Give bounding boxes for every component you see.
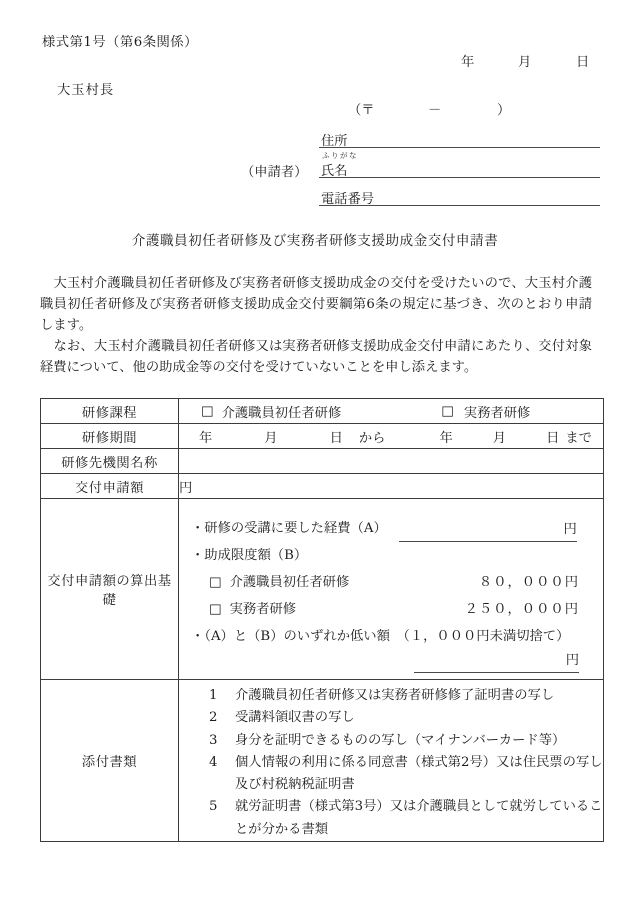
period-to-month: 月 bbox=[493, 427, 506, 446]
expense-line-label: ・研修の受講に要した経費（A） bbox=[191, 515, 387, 542]
option-practical-training: 実務者研修 bbox=[464, 402, 530, 421]
attachment-item: 4 個人情報の利用に係る同意書（様式第2号）又は住民票の写し及び村税納税証明書 bbox=[209, 752, 603, 797]
attachment-number: 2 bbox=[209, 707, 235, 729]
institution-input-cell[interactable] bbox=[179, 449, 604, 474]
result-input-line[interactable]: 円 bbox=[414, 650, 579, 673]
attachment-number: 1 bbox=[209, 685, 235, 707]
date-month-label: 月 bbox=[518, 51, 531, 70]
option-initial-training: 介護職員初任者研修 bbox=[222, 402, 342, 421]
phone-label: 電話番号 bbox=[319, 192, 374, 207]
checkbox-initial-training[interactable]: □ bbox=[201, 404, 214, 419]
attachment-text: 受講料領収書の写し bbox=[235, 707, 603, 729]
institution-row-label: 研修先機関名称 bbox=[41, 449, 179, 474]
form-page: 様式第1号（第6条関係） 年 月 日 大玉村長 （〒 － ） 住所 ふりがな （… bbox=[0, 0, 630, 903]
applicant-group-label: （申請者） bbox=[241, 161, 307, 180]
name-input-line[interactable]: 氏名 bbox=[319, 160, 600, 178]
postal-code-open: （〒 bbox=[348, 99, 375, 118]
table-row-calculation: 交付申請額の算出基礎 ・研修の受講に要した経費（A） 円 ・助成限度額（B） □… bbox=[41, 499, 604, 680]
checkbox-practical-training[interactable]: □ bbox=[441, 404, 454, 419]
table-row-institution: 研修先機関名称 bbox=[41, 449, 604, 474]
attachment-text: 身分を証明できるものの写し（マイナンバーカード等） bbox=[235, 730, 603, 752]
postal-code-close: ） bbox=[497, 99, 510, 118]
table-row-period: 研修期間 年 月 日 から 年 月 日 まで bbox=[41, 424, 604, 449]
result-unit: 円 bbox=[566, 653, 579, 668]
period-from-month: 月 bbox=[264, 427, 277, 446]
calc-row-label: 交付申請額の算出基礎 bbox=[41, 499, 179, 680]
period-to-suffix: まで bbox=[565, 427, 592, 446]
table-row-amount: 交付申請額 円 bbox=[41, 474, 604, 499]
attachment-number: 5 bbox=[209, 796, 235, 841]
period-to-year: 年 bbox=[439, 427, 452, 446]
checkbox-limit-practical[interactable]: □ bbox=[209, 596, 222, 623]
limit-initial-amount: ８０，０００円 bbox=[479, 569, 603, 596]
attachment-item: 5 就労証明書（様式第3号）又は介護職員として就労していることが分かる書類 bbox=[209, 796, 603, 841]
postal-code-dash: － bbox=[428, 99, 441, 118]
document-title: 介護職員初任者研修及び実務者研修支援助成金交付申請書 bbox=[0, 229, 630, 249]
body-text: 大玉村介護職員初任者研修及び実務者研修支援助成金の交付を受けたいので、大玉村介護… bbox=[40, 273, 592, 378]
date-year-label: 年 bbox=[461, 51, 474, 70]
attachment-number: 4 bbox=[209, 752, 235, 797]
limit-initial-label: 介護職員初任者研修 bbox=[230, 569, 350, 596]
expense-input-line[interactable]: 円 bbox=[399, 519, 577, 542]
period-from-year: 年 bbox=[199, 427, 212, 446]
form-number: 様式第1号（第6条関係） bbox=[42, 31, 198, 50]
amount-unit: 円 bbox=[179, 481, 192, 496]
table-row-course: 研修課程 □ 介護職員初任者研修 □ 実務者研修 bbox=[41, 399, 604, 424]
attachment-text: 介護職員初任者研修又は実務者研修修了証明書の写し bbox=[235, 685, 603, 707]
paragraph-1: 大玉村介護職員初任者研修及び実務者研修支援助成金の交付を受けたいので、大玉村介護… bbox=[40, 273, 592, 336]
paragraph-2: なお、大玉村介護職員初任者研修又は実務者研修支援助成金交付申請にあたり、交付対象… bbox=[40, 336, 592, 378]
phone-input-line[interactable]: 電話番号 bbox=[319, 188, 600, 206]
name-label: 氏名 bbox=[319, 164, 348, 179]
addressee: 大玉村長 bbox=[57, 79, 114, 98]
address-label: 住所 bbox=[319, 134, 348, 149]
attachment-number: 3 bbox=[209, 730, 235, 752]
amount-row-label: 交付申請額 bbox=[41, 474, 179, 499]
attachments-row-label: 添付書類 bbox=[41, 680, 179, 842]
limit-line-label: ・助成限度額（B） bbox=[191, 542, 307, 569]
attachment-text: 個人情報の利用に係る同意書（様式第2号）又は住民票の写し及び村税納税証明書 bbox=[235, 752, 603, 797]
attachment-item: 1 介護職員初任者研修又は実務者研修修了証明書の写し bbox=[209, 685, 603, 707]
table-row-attachments: 添付書類 1 介護職員初任者研修又は実務者研修修了証明書の写し 2 受講料領収書… bbox=[41, 680, 604, 842]
period-from-day: 日 bbox=[330, 427, 343, 446]
date-day-label: 日 bbox=[576, 51, 589, 70]
limit-practical-amount: ２５０，０００円 bbox=[465, 596, 603, 623]
amount-input-cell[interactable]: 円 bbox=[179, 474, 604, 499]
period-row-label: 研修期間 bbox=[41, 424, 179, 449]
address-input-line[interactable]: 住所 bbox=[319, 130, 600, 148]
expense-unit: 円 bbox=[563, 522, 576, 537]
period-from-suffix: から bbox=[359, 427, 386, 446]
lower-amount-label: ・（A）と（B）のいずれか低い額 （１，０００円未満切捨て） bbox=[191, 623, 569, 650]
checkbox-limit-initial[interactable]: □ bbox=[209, 569, 222, 596]
limit-practical-label: 実務者研修 bbox=[230, 596, 296, 623]
application-table: 研修課程 □ 介護職員初任者研修 □ 実務者研修 研修期間 年 月 日 から 年 bbox=[40, 398, 604, 842]
attachment-text: 就労証明書（様式第3号）又は介護職員として就労していることが分かる書類 bbox=[235, 796, 603, 841]
period-to-day: 日 bbox=[546, 427, 559, 446]
course-row-label: 研修課程 bbox=[41, 399, 179, 424]
attachment-item: 3 身分を証明できるものの写し（マイナンバーカード等） bbox=[209, 730, 603, 752]
attachment-item: 2 受講料領収書の写し bbox=[209, 707, 603, 729]
